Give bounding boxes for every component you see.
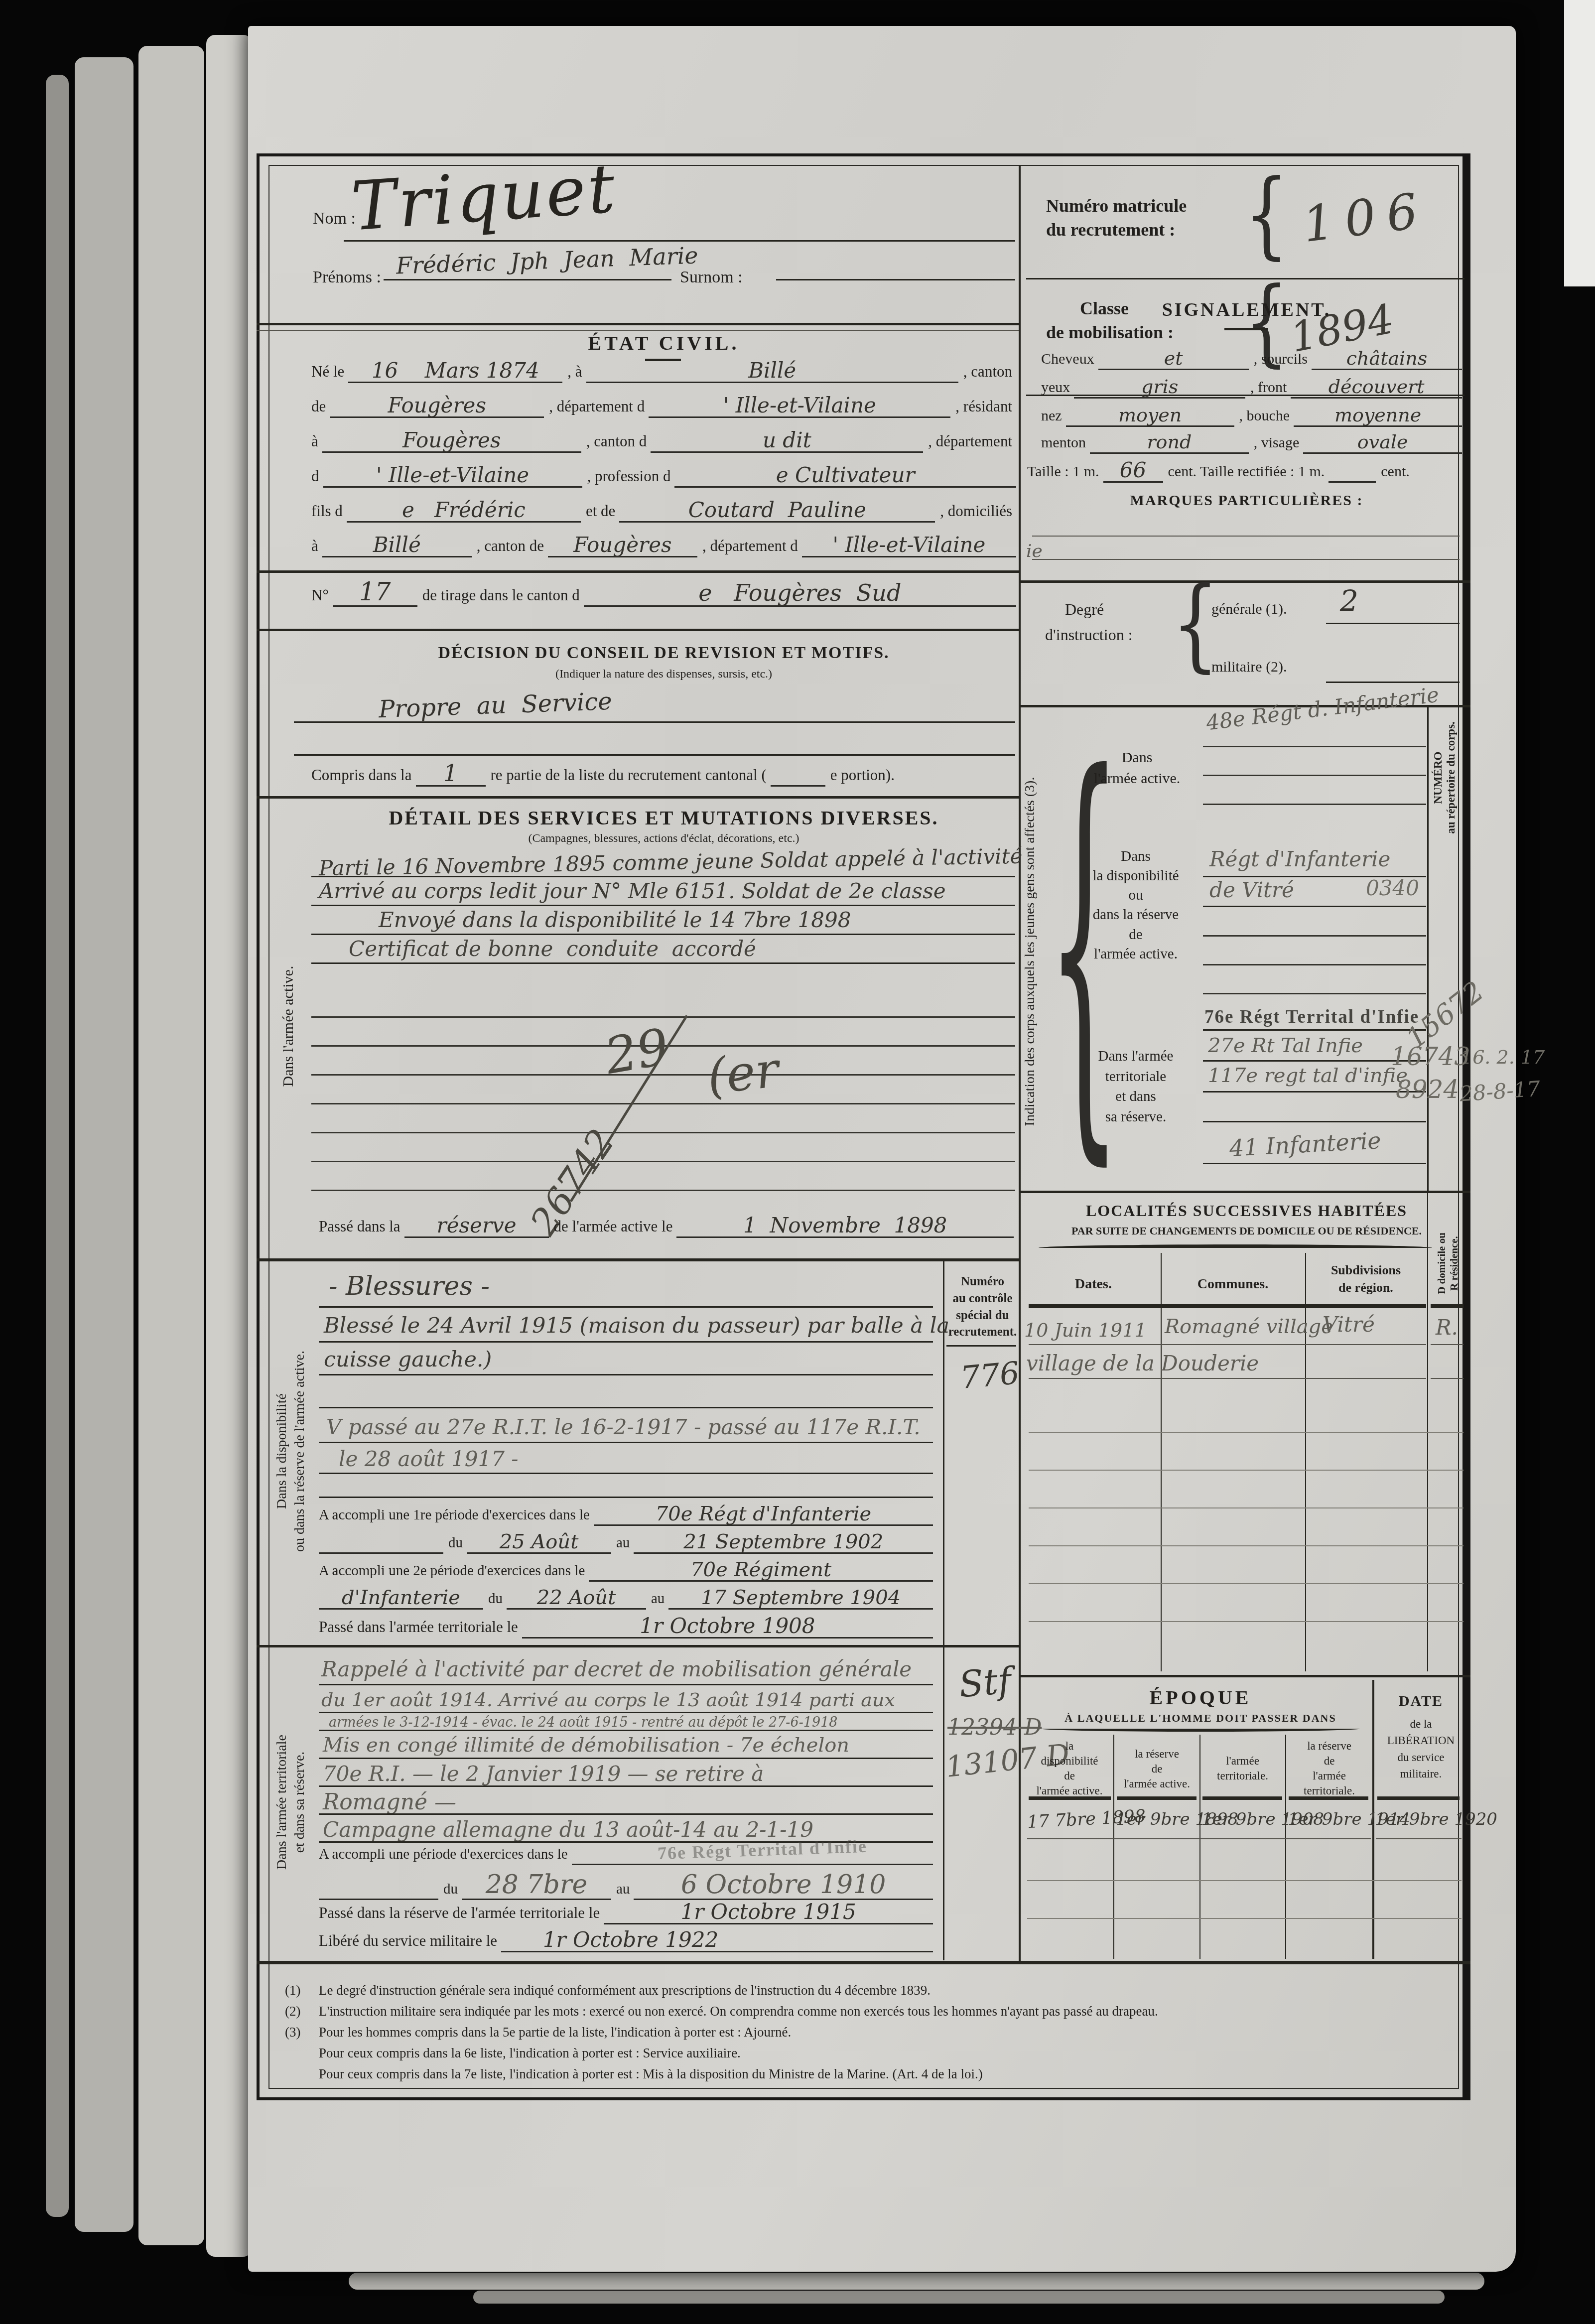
disponibilite-corps-number: 0340: [1366, 876, 1419, 900]
date-header: DATE: [1377, 1693, 1464, 1710]
table-header-rule: [1117, 1796, 1196, 1800]
label: cent.: [1376, 463, 1413, 483]
ruled-line: [319, 1730, 933, 1731]
ruled-line: [319, 1813, 933, 1815]
etat-civil-line-2: de Fougères , département d ' Ille-et-Vi…: [311, 395, 1016, 418]
periode-terr-from: 28 7bre: [486, 1870, 588, 1900]
degre-label-line1: Degré: [1065, 600, 1104, 619]
etat-civil-line-4: d ' Ille-et-Vilaine , profession d e Cul…: [311, 464, 1016, 488]
label: au: [611, 1881, 634, 1900]
territoriale-corps-2: 27e Rt Tal Infie: [1208, 1034, 1363, 1057]
degre-generale-label: générale (1).: [1211, 601, 1287, 618]
label: à: [311, 537, 322, 557]
residence-departement: ' Ille-et-Vilaine: [376, 463, 529, 487]
residence-place: Fougères: [402, 428, 501, 452]
label: , département d: [544, 398, 649, 418]
corps-vertical-label: Indication des corps auxquels les jeunes…: [1022, 715, 1038, 1188]
territoriale-entry-5: 70e R.I. — le 2 Janvier 1919 — se retire…: [323, 1762, 764, 1786]
ruled-line: [319, 1341, 933, 1343]
ruled-line: [1376, 1838, 1462, 1839]
book-edge-strip: [46, 75, 69, 2217]
surnom-label: Surnom :: [680, 268, 743, 287]
label: Libéré du service militaire le: [319, 1932, 501, 1952]
localites-col-communes: Communes.: [1166, 1276, 1300, 1292]
book-bottom-edge: [349, 2273, 1484, 2290]
nom-line: [344, 240, 1015, 242]
footnote-3-number: (3): [285, 2025, 300, 2040]
epoque-col2-header: la réserve de l'armée active.: [1116, 1747, 1198, 1791]
classe-label-line2: de mobilisation :: [1046, 322, 1174, 343]
yeux-value: gris: [1141, 376, 1178, 398]
book-edge-strip: [138, 46, 204, 2245]
label: N°: [311, 586, 333, 607]
ruled-line: [1029, 1378, 1426, 1379]
degre-line: [1326, 682, 1460, 683]
profession: e Cultivateur: [776, 463, 915, 487]
father-name: e Frédéric: [402, 498, 526, 522]
table-header-rule: [1289, 1796, 1368, 1800]
footnote-4-text: Pour ceux compris dans la 6e liste, l'in…: [319, 2046, 1460, 2061]
section-rule: [1019, 580, 1470, 583]
disponibilite-label: Dans la disponibilité ou dans la réserve…: [1071, 847, 1200, 964]
nez-value: moyen: [1118, 404, 1182, 426]
section-rule: [257, 1258, 1019, 1261]
label: , canton: [958, 363, 1016, 383]
parents-canton: Fougères: [573, 533, 671, 557]
periode1-row: A accompli une 1re période d'exercices d…: [319, 1504, 933, 1526]
label: de l'armée active le: [549, 1218, 677, 1238]
label: au: [611, 1535, 634, 1554]
label: du: [438, 1881, 462, 1900]
surnom-line: [776, 279, 1015, 280]
epoque-subtitle: À LAQUELLE L'HOMME DOIT PASSER DANS: [1026, 1712, 1375, 1725]
libere-row: Libéré du service militaire le 1r Octobr…: [319, 1929, 933, 1952]
epoque-col4-header: la réserve de l'armée territoriale.: [1288, 1739, 1371, 1798]
front-value: découvert: [1329, 376, 1425, 398]
territoriale-corps-stamp: 76e Régt Territal d'Infie: [1204, 1006, 1419, 1028]
margin-monogram: Stf: [957, 1659, 1013, 1706]
ruled-line: [1203, 1163, 1426, 1164]
ruled-line: [319, 1442, 933, 1443]
ruled-line: [319, 1306, 933, 1308]
etat-civil-line-6: à Billé , canton de Fougères , départeme…: [311, 534, 1016, 557]
section-rule: [257, 570, 1019, 573]
section-rule: [1019, 1675, 1470, 1677]
section-rule: [257, 796, 1019, 799]
scanned-military-register-page: Nom : Triquet Prénoms : Frédéric Jph Jea…: [0, 0, 1595, 2324]
label: A accompli une 1re période d'exercices d…: [319, 1507, 594, 1526]
etat-civil-line-5: fils d e Frédéric et de Coutard Pauline …: [311, 499, 1016, 523]
label: yeux: [1041, 379, 1074, 399]
label: Compris dans la: [311, 766, 416, 787]
footnote-1-number: (1): [285, 1983, 300, 1998]
nom-label: Nom :: [313, 209, 356, 228]
blank-line: [319, 1497, 933, 1498]
label: A accompli une période d'exercices dans …: [319, 1846, 572, 1865]
label: , sourcils: [1249, 351, 1312, 370]
periode2-dates-row: d'Infanterie du 22 Août au 17 Septembre …: [319, 1587, 933, 1610]
prenoms-line: [384, 279, 671, 280]
wavy-separator: [1039, 1244, 1432, 1248]
liste-partie-value: 1: [443, 760, 458, 787]
blessures-header: - Blessures -: [329, 1271, 490, 1301]
periode1-dates-row: du 25 Août au 21 Septembre 1902: [319, 1531, 933, 1554]
label: A accompli une 2e période d'exercices da…: [319, 1563, 589, 1582]
label: au: [646, 1591, 668, 1610]
parents-place: Billé: [373, 533, 421, 557]
side-label-territoriale: Dans l'armée territoriale et dans sa rés…: [273, 1646, 309, 1958]
frame-right-band: [1462, 153, 1470, 2100]
margin-corps-number-3: 8924: [1396, 1075, 1459, 1104]
etat-civil-line-1: Né le 16 Mars 1874 , à Billé , canton: [311, 360, 1016, 383]
table-header-rule: [1431, 1304, 1463, 1308]
adjacent-page-sliver: [1564, 0, 1595, 286]
main-column-divider: [1019, 165, 1021, 1962]
localites-row1-date: 10 Juin 1911: [1024, 1319, 1147, 1341]
matricule-label-line1: Numéro matricule: [1046, 195, 1187, 216]
label: , visage: [1249, 434, 1304, 454]
epoque-col1-header: la disponibilité de l'armée active.: [1027, 1739, 1112, 1798]
services-subtitle: (Campagnes, blessures, actions d'éclat, …: [311, 832, 1016, 845]
territoriale-entry-2: du 1er août 1914. Arrivé au corps le 13 …: [321, 1689, 895, 1711]
service-entry-4: Certificat de bonne conduite accordé: [349, 937, 756, 961]
territoriale-entry-4: Mis en congé illimité de démobilisation …: [323, 1734, 849, 1757]
label: , bouche: [1234, 408, 1294, 427]
localites-col-subdivisions: Subdivisions de région.: [1309, 1261, 1423, 1296]
disponibilite-corps-1: Régt d'Infanterie: [1209, 847, 1390, 871]
blank-line: [319, 1407, 933, 1408]
residence-canton: u dit: [763, 428, 811, 452]
blessure-entry-1: Blessé le 24 Avril 1915 (maison du passe…: [324, 1313, 949, 1338]
periode2-row: A accompli une 2e période d'exercices da…: [319, 1559, 933, 1582]
blank-line: [294, 754, 1015, 756]
campagne-entry: Campagne allemagne du 13 août-14 au 2-1-…: [323, 1817, 813, 1842]
blank-ruled-lines: [1029, 1395, 1463, 1634]
periode2-to: 17 Septembre 1904: [701, 1586, 901, 1609]
ruled-line: [311, 905, 1015, 906]
label: Cheveux: [1041, 351, 1098, 370]
localites-row2-commune: village de la Douderie: [1026, 1351, 1259, 1375]
service-entry-2: Arrivé au corps ledit jour N° Mle 6151. …: [319, 879, 946, 903]
ruled-line: [1027, 1838, 1371, 1839]
territoriale-entry-3: armées le 3-12-1914 - évac. le 24 août 1…: [329, 1715, 838, 1730]
service-entry-3: Envoyé dans la disponibilité le 14 7bre …: [379, 908, 851, 932]
label: de: [311, 398, 330, 418]
ruled-line: [311, 876, 1015, 877]
decision-line: [294, 721, 1015, 723]
margin-corps-date-2: 16. 2. 17: [1461, 1046, 1545, 1068]
label: , domiciliés: [935, 502, 1016, 523]
ruled-line: [319, 1374, 933, 1375]
territoriale-label: Dans l'armée territoriale et dans sa rés…: [1071, 1046, 1200, 1127]
controle-header: Numéro au contrôle spécial du recrutemen…: [946, 1273, 1019, 1341]
passe-territoriale-date: 1r Octobre 1908: [640, 1614, 815, 1638]
ruled-line: [1203, 1029, 1426, 1031]
tirage-canton: e Fougères Sud: [698, 579, 901, 606]
label: d: [311, 467, 323, 488]
sourcils-value: châtains: [1346, 347, 1427, 369]
footnote-3-text: Pour les hommes compris dans la 5e parti…: [319, 2025, 1460, 2040]
ruled-line: [1431, 1344, 1463, 1345]
label: , profession d: [582, 467, 675, 488]
periode2-corps-cont: d'Infanterie: [342, 1586, 460, 1609]
birth-place: Billé: [748, 358, 796, 383]
blank-ruled-lines: [1027, 1843, 1462, 1923]
epoque-value-5: 1er 9bre 1920: [1375, 1809, 1497, 1829]
ruled-line: [1203, 1091, 1426, 1093]
signalement-title: SIGNALEMENT.: [1026, 299, 1467, 321]
numero-column-divider: [1427, 705, 1429, 1191]
table-header-rule: [1377, 1796, 1460, 1800]
section-rule: [257, 330, 1019, 331]
disponibilite-corps-2: de Vitré: [1209, 878, 1294, 902]
localites-row1-subdivision: Vitré: [1323, 1312, 1375, 1337]
signalement-row-nez: nez moyen , bouche moyenne: [1041, 406, 1462, 427]
label: du: [483, 1591, 507, 1610]
ruled-line: [319, 1473, 933, 1474]
passe-reserve-date: 1 Novembre 1898: [743, 1213, 947, 1237]
taille-value: 66: [1120, 458, 1146, 482]
label: fils d: [311, 502, 347, 523]
localites-row1-commune: Romagné village: [1165, 1315, 1333, 1338]
label: nez: [1041, 408, 1066, 427]
ruled-line: [1203, 906, 1426, 907]
territoriale-entry-1: Rappelé à l'activité par decret de mobil…: [321, 1657, 912, 1681]
mother-name: Coutard Pauline: [688, 498, 866, 522]
mutation-entry-2: le 28 août 1917 -: [339, 1447, 518, 1471]
ruled-line: [311, 962, 1015, 964]
ruled-line: [1029, 1344, 1426, 1345]
section-rule: [257, 629, 1019, 631]
etat-civil-title: ÉTAT CIVIL.: [311, 331, 1016, 355]
visage-value: ovale: [1357, 431, 1408, 453]
ruled-line: [1431, 1378, 1463, 1379]
signalement-row-taille: Taille : 1 m. 66 cent. Taille rectifiée …: [1027, 459, 1463, 483]
reserve-territoriale-date: 1r Octobre 1915: [680, 1900, 856, 1924]
localites-col-dates: Dates.: [1031, 1276, 1156, 1292]
tirage-row: N° 17 de tirage dans le canton d e Fougè…: [311, 579, 1016, 607]
prenoms-label: Prénoms :: [313, 268, 381, 287]
compris-row: Compris dans la 1 re partie de la liste …: [311, 761, 1016, 787]
label: , à: [562, 363, 586, 383]
footnote-2-text: L'instruction militaire sera indiquée pa…: [319, 2004, 1460, 2019]
section-rule: [1019, 1191, 1470, 1193]
localites-subtitle: PAR SUITE DE CHANGEMENTS DE DOMICILE OU …: [1026, 1225, 1467, 1237]
signalement-row-menton: menton rond , visage ovale: [1041, 432, 1462, 454]
periode1-corps: 70e Régt d'Infanterie: [656, 1503, 871, 1525]
section-rule: [257, 1645, 1019, 1647]
footnote-2-number: (2): [285, 2004, 300, 2019]
annotation-er: (er: [704, 1042, 781, 1105]
label: Passé dans l'armée territoriale le: [319, 1618, 522, 1639]
controle-column-divider: [943, 1258, 944, 1960]
label: menton: [1041, 434, 1090, 454]
birth-date: 16 Mars 1874: [372, 358, 539, 383]
label: e portion).: [825, 766, 899, 787]
label: Né le: [311, 363, 348, 383]
stray-handwriting: ie: [1026, 541, 1043, 561]
territoriale-corps-3: 117e regt tal d'infie: [1208, 1064, 1408, 1087]
numero-repertoire-vertical-label: NUMÉRO au répertoire du corps.: [1432, 706, 1458, 849]
periode1-to: 21 Septembre 1902: [683, 1530, 883, 1553]
periode-territoriale-dates-row: du 28 7bre au 6 Octobre 1910: [319, 1871, 933, 1900]
label: , département d: [697, 537, 802, 557]
ruled-line: [319, 1785, 933, 1787]
controle-line: [946, 1345, 1016, 1347]
section-rule: [257, 323, 1019, 325]
title-dash: [1224, 328, 1268, 330]
footnote-5-text: Pour ceux compris dans la 7e liste, l'in…: [319, 2066, 1460, 2082]
degre-line: [1326, 623, 1460, 624]
label: et de: [581, 502, 619, 523]
ruled-line: [319, 1684, 933, 1685]
controle-number: 776: [959, 1355, 1021, 1396]
bouche-value: moyenne: [1334, 404, 1421, 426]
menton-value: rond: [1147, 431, 1192, 453]
libere-date: 1r Octobre 1922: [543, 1927, 718, 1952]
parents-departement: ' Ille-et-Vilaine: [832, 533, 985, 557]
table-header-rule: [1202, 1796, 1282, 1800]
localites-row1-dr: R.: [1436, 1315, 1458, 1340]
table-header-rule: [1029, 1304, 1426, 1308]
matricule-label-line2: du recrutement :: [1046, 219, 1175, 240]
signalement-row-cheveux: Cheveux et , sourcils châtains: [1041, 349, 1462, 370]
ruled-line: [319, 1712, 933, 1713]
cheveux-value: et: [1164, 347, 1183, 369]
mutation-entry-1: V passé au 27e R.I.T. le 16-2-1917 - pas…: [326, 1415, 921, 1439]
label: de tirage dans le canton d: [417, 586, 584, 607]
side-label-disponibilite: Dans la disponibilité ou dans la réserve…: [273, 1260, 309, 1642]
marques-label: MARQUES PARTICULIÈRES :: [1026, 492, 1467, 509]
decision-title: DÉCISION DU CONSEIL DE REVISION ET MOTIF…: [311, 644, 1016, 663]
ruled-line: [311, 934, 1015, 935]
label: , front: [1245, 379, 1291, 399]
degre-militaire-label: militaire (2).: [1211, 659, 1287, 676]
label: à: [311, 432, 322, 453]
territoriale-entry-6: Romagné —: [323, 1789, 456, 1815]
passe-reserve-row: Passé dans la réserve de l'armée active …: [319, 1215, 1014, 1238]
side-label-armee-active: Dans l'armée active.: [280, 797, 297, 1255]
footnote-rule: [257, 1961, 1470, 1964]
periode-terr-to: 6 Octobre 1910: [681, 1870, 886, 1900]
label: , canton d: [581, 432, 651, 453]
margin-corps-number-2: 16743: [1391, 1042, 1470, 1071]
margin-corps-date-3: 28-8-17: [1459, 1076, 1541, 1106]
blank-ruled-lines: [1203, 908, 1426, 997]
book-bottom-edge: [473, 2291, 1445, 2304]
label: cent. Taille rectifiée : 1 m.: [1163, 463, 1329, 483]
epoque-col3-header: l'armée territoriale.: [1201, 1754, 1284, 1783]
label: Taille : 1 m.: [1027, 463, 1103, 483]
epoque-title: ÉPOQUE: [1026, 1686, 1375, 1709]
label: Passé dans la: [319, 1218, 404, 1238]
label: re partie de la liste du recrutement can…: [486, 766, 771, 787]
etat-civil-line-3: à Fougères , canton d u dit , départemen…: [311, 429, 1016, 453]
blank-line: [1032, 536, 1460, 537]
blank-ruled-lines: [1203, 718, 1426, 808]
passe-reserve-value: réserve: [437, 1213, 517, 1237]
passe-territoriale-row: Passé dans l'armée territoriale le 1r Oc…: [319, 1615, 933, 1639]
tirage-number: 17: [359, 577, 391, 606]
periode1-from: 25 Août: [500, 1530, 578, 1553]
table-header-rule: [1029, 1796, 1111, 1800]
footnote-1-text: Le degré d'instruction générale sera ind…: [319, 1983, 1460, 1998]
periode2-corps: 70e Régiment: [690, 1558, 831, 1581]
date-subheader: de la LIBÉRATION du service militaire.: [1377, 1716, 1464, 1782]
signalement-row-yeux: yeux gris , front découvert: [1041, 377, 1462, 399]
blessure-entry-2: cuisse gauche.): [324, 1347, 492, 1372]
label: , canton de: [472, 537, 548, 557]
book-edge-strip: [75, 57, 133, 2232]
ruled-line: [319, 1758, 933, 1759]
label: , département: [923, 432, 1016, 453]
birth-canton: Fougères: [388, 393, 486, 417]
armee-active-label: Dans l'armée active.: [1076, 747, 1198, 789]
birth-departement: ' Ille-et-Vilaine: [723, 393, 876, 417]
book-edge-strip: [206, 35, 252, 2257]
reserve-territoriale-row: Passé dans la réserve de l'armée territo…: [319, 1901, 933, 1924]
services-title: DÉTAIL DES SERVICES ET MUTATIONS DIVERSE…: [311, 806, 1016, 829]
label: du: [443, 1535, 467, 1554]
brace-decoration: {: [1244, 168, 1289, 263]
label: Passé dans la réserve de l'armée territo…: [319, 1904, 604, 1924]
localites-title: LOCALITÉS SUCCESSIVES HABITÉES: [1026, 1202, 1467, 1220]
blank-line: [1203, 1121, 1426, 1122]
blank-line: [1032, 559, 1460, 560]
decision-subtitle: (Indiquer la nature des dispenses, sursi…: [311, 668, 1016, 681]
degre-label-line2: d'instruction :: [1045, 626, 1133, 644]
periode2-from: 22 Août: [537, 1586, 616, 1609]
degre-generale-value: 2: [1340, 584, 1358, 618]
label: , résidant: [950, 398, 1016, 418]
